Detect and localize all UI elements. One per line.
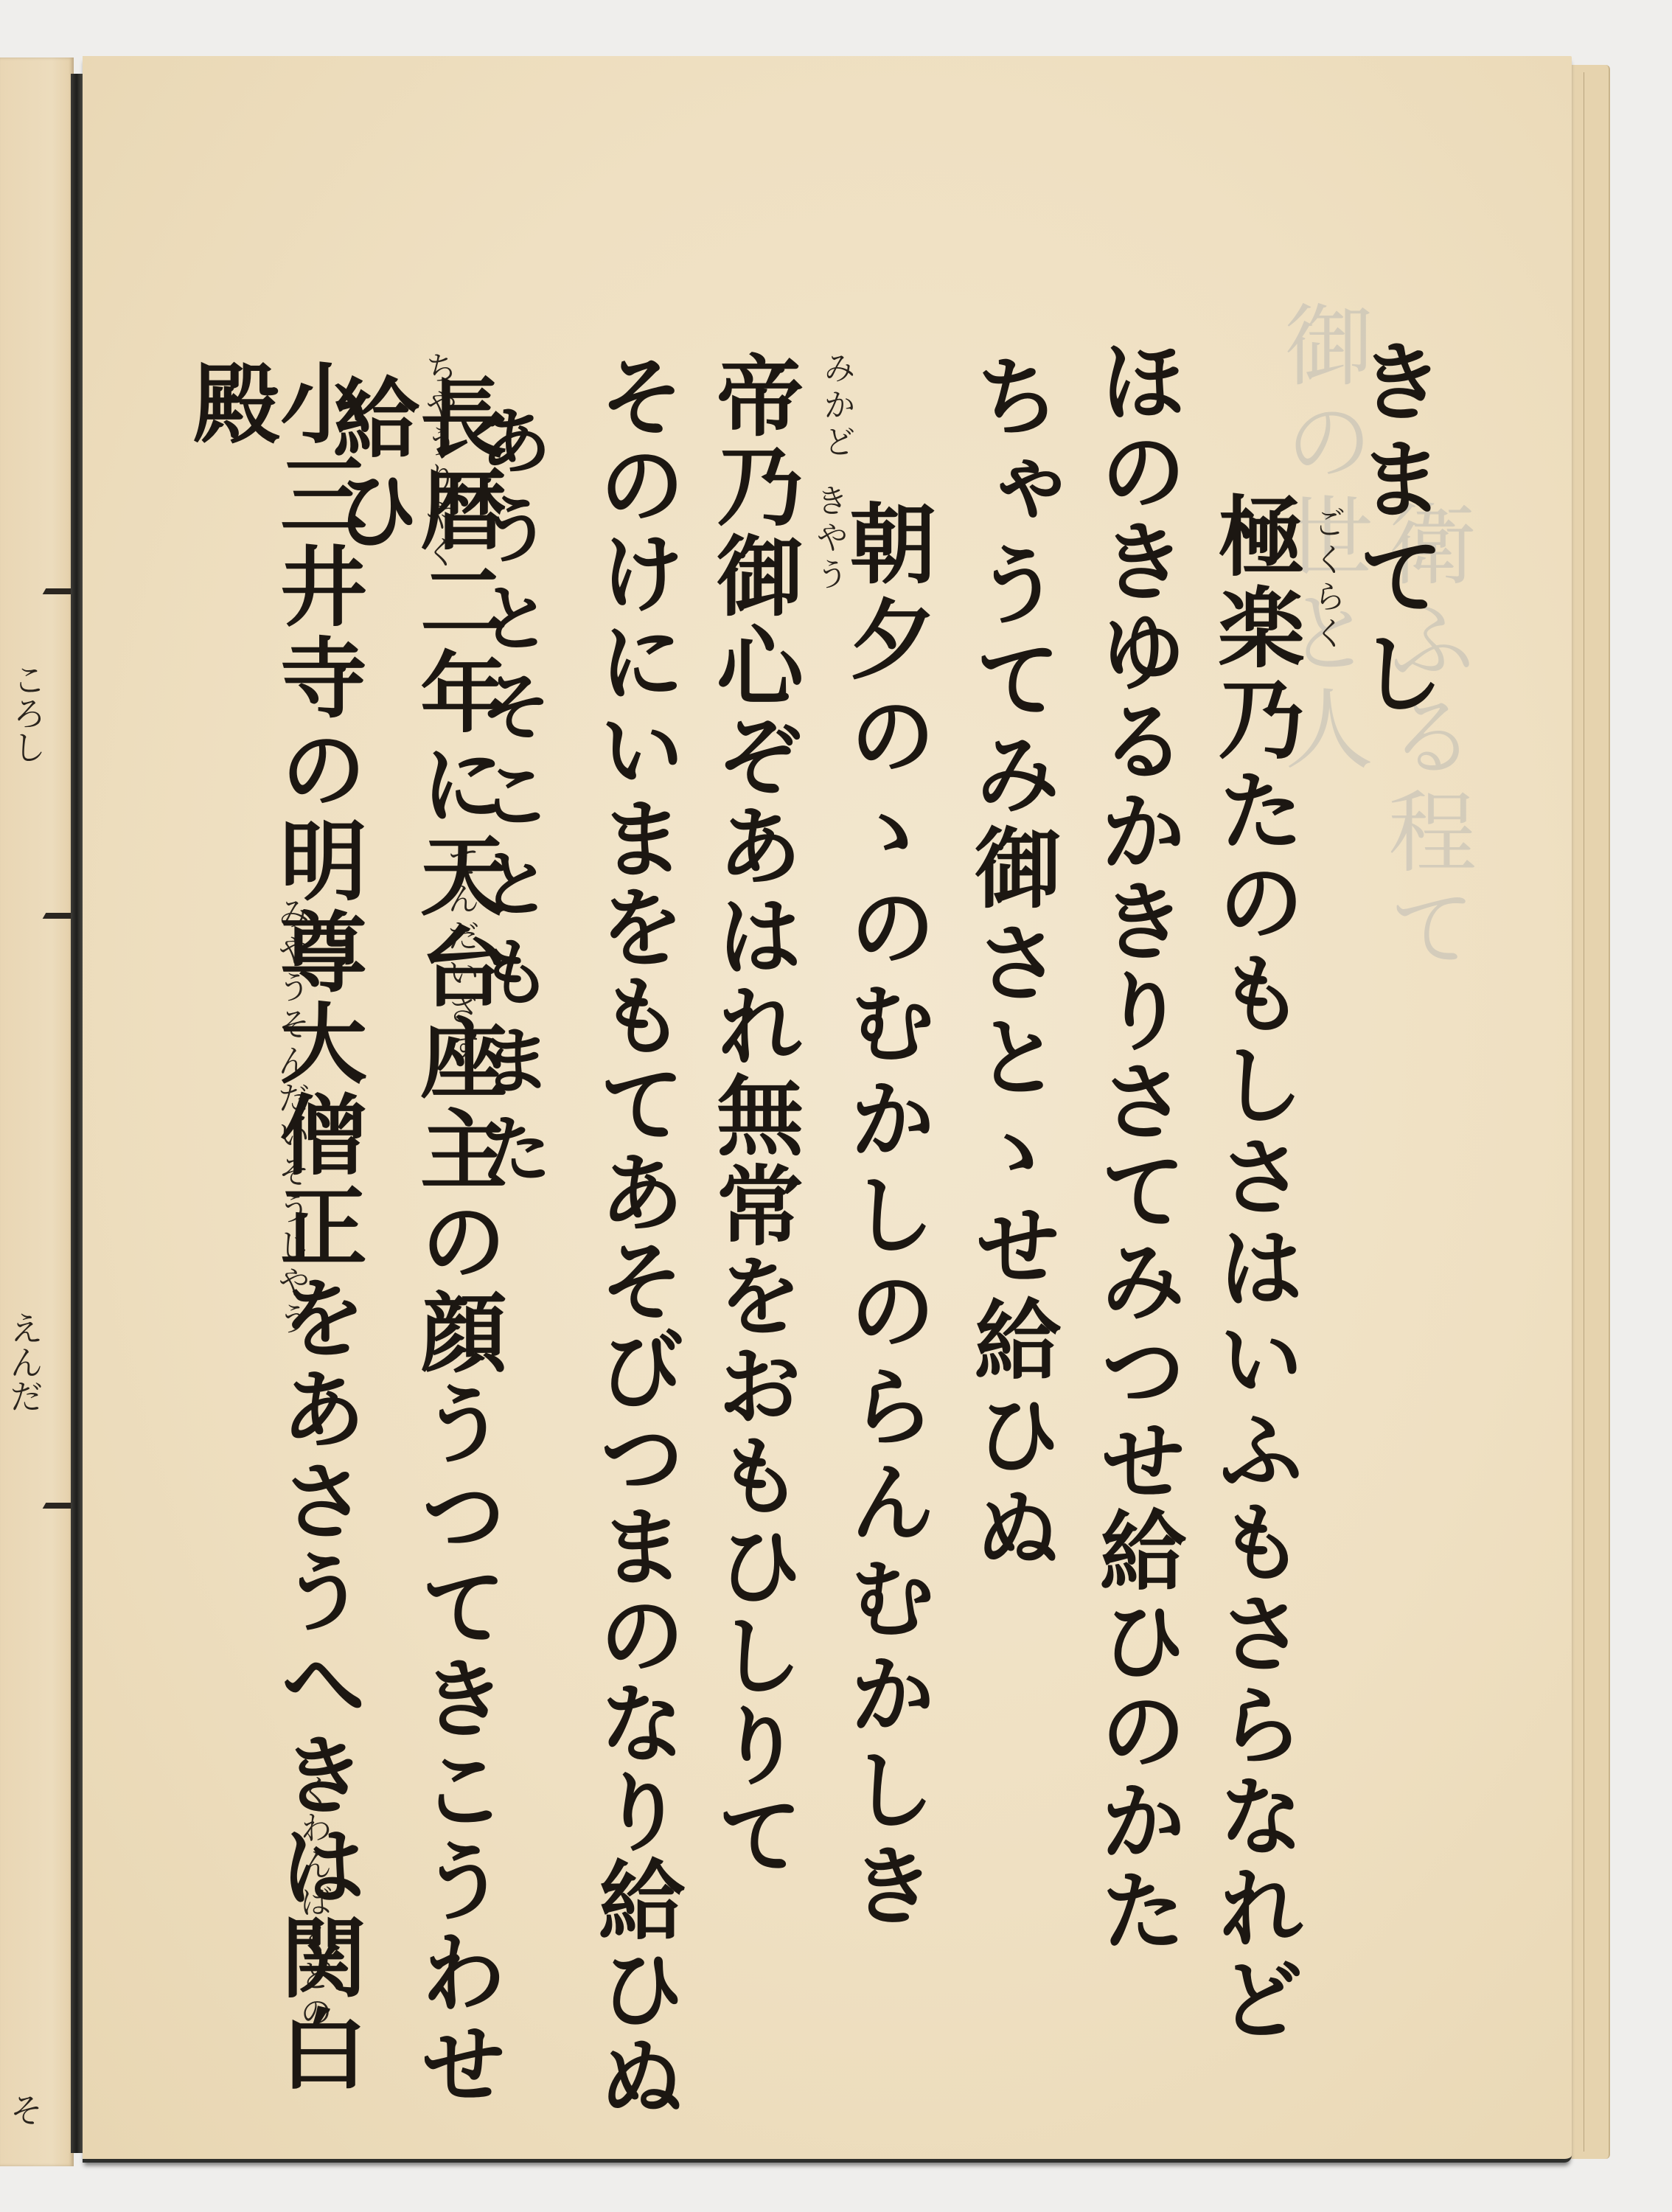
text-column-3: ほのきゆるかきりさてみつせ給ひのかた	[1093, 336, 1180, 1955]
text-column-7: そのけにいまをもてあそびつまのなり給ひぬ	[591, 351, 678, 2121]
left-page-text-3: そ	[7, 2093, 41, 2126]
book-spine	[71, 74, 83, 2153]
left-page-text-1: ころし	[10, 662, 44, 764]
ruby-column-6-mid: きやう	[812, 484, 845, 594]
text-column-4: ちゃうてみ御さとゝせ給ひぬ	[967, 351, 1054, 1578]
right-page: 御の世と人 衛ふる程て きまてし ごくらく 極楽乃たのもしさはいふもさらなれど …	[83, 56, 1572, 2163]
text-column-2: 極楽乃たのもしさはいふもさらなれど	[1211, 491, 1297, 2045]
text-column-5: 朝夕のゝのむかしのらんむかしき	[842, 498, 929, 1936]
text-column-6: 帝乃御心ぞあはれ無常をおもひしりて	[709, 351, 796, 1880]
text-column-10: 小三井寺の明尊大僧正をあさうへきは関白殿	[186, 358, 360, 2159]
left-page-fragment: ころし えんだ そ	[0, 58, 74, 2166]
text-column-1: きまてし	[1351, 336, 1438, 726]
ruby-column-2: ごくらく	[1310, 506, 1342, 653]
ruby-column-6-top: みかど	[820, 351, 852, 462]
left-page-text-2: えんだ	[7, 1311, 41, 1413]
